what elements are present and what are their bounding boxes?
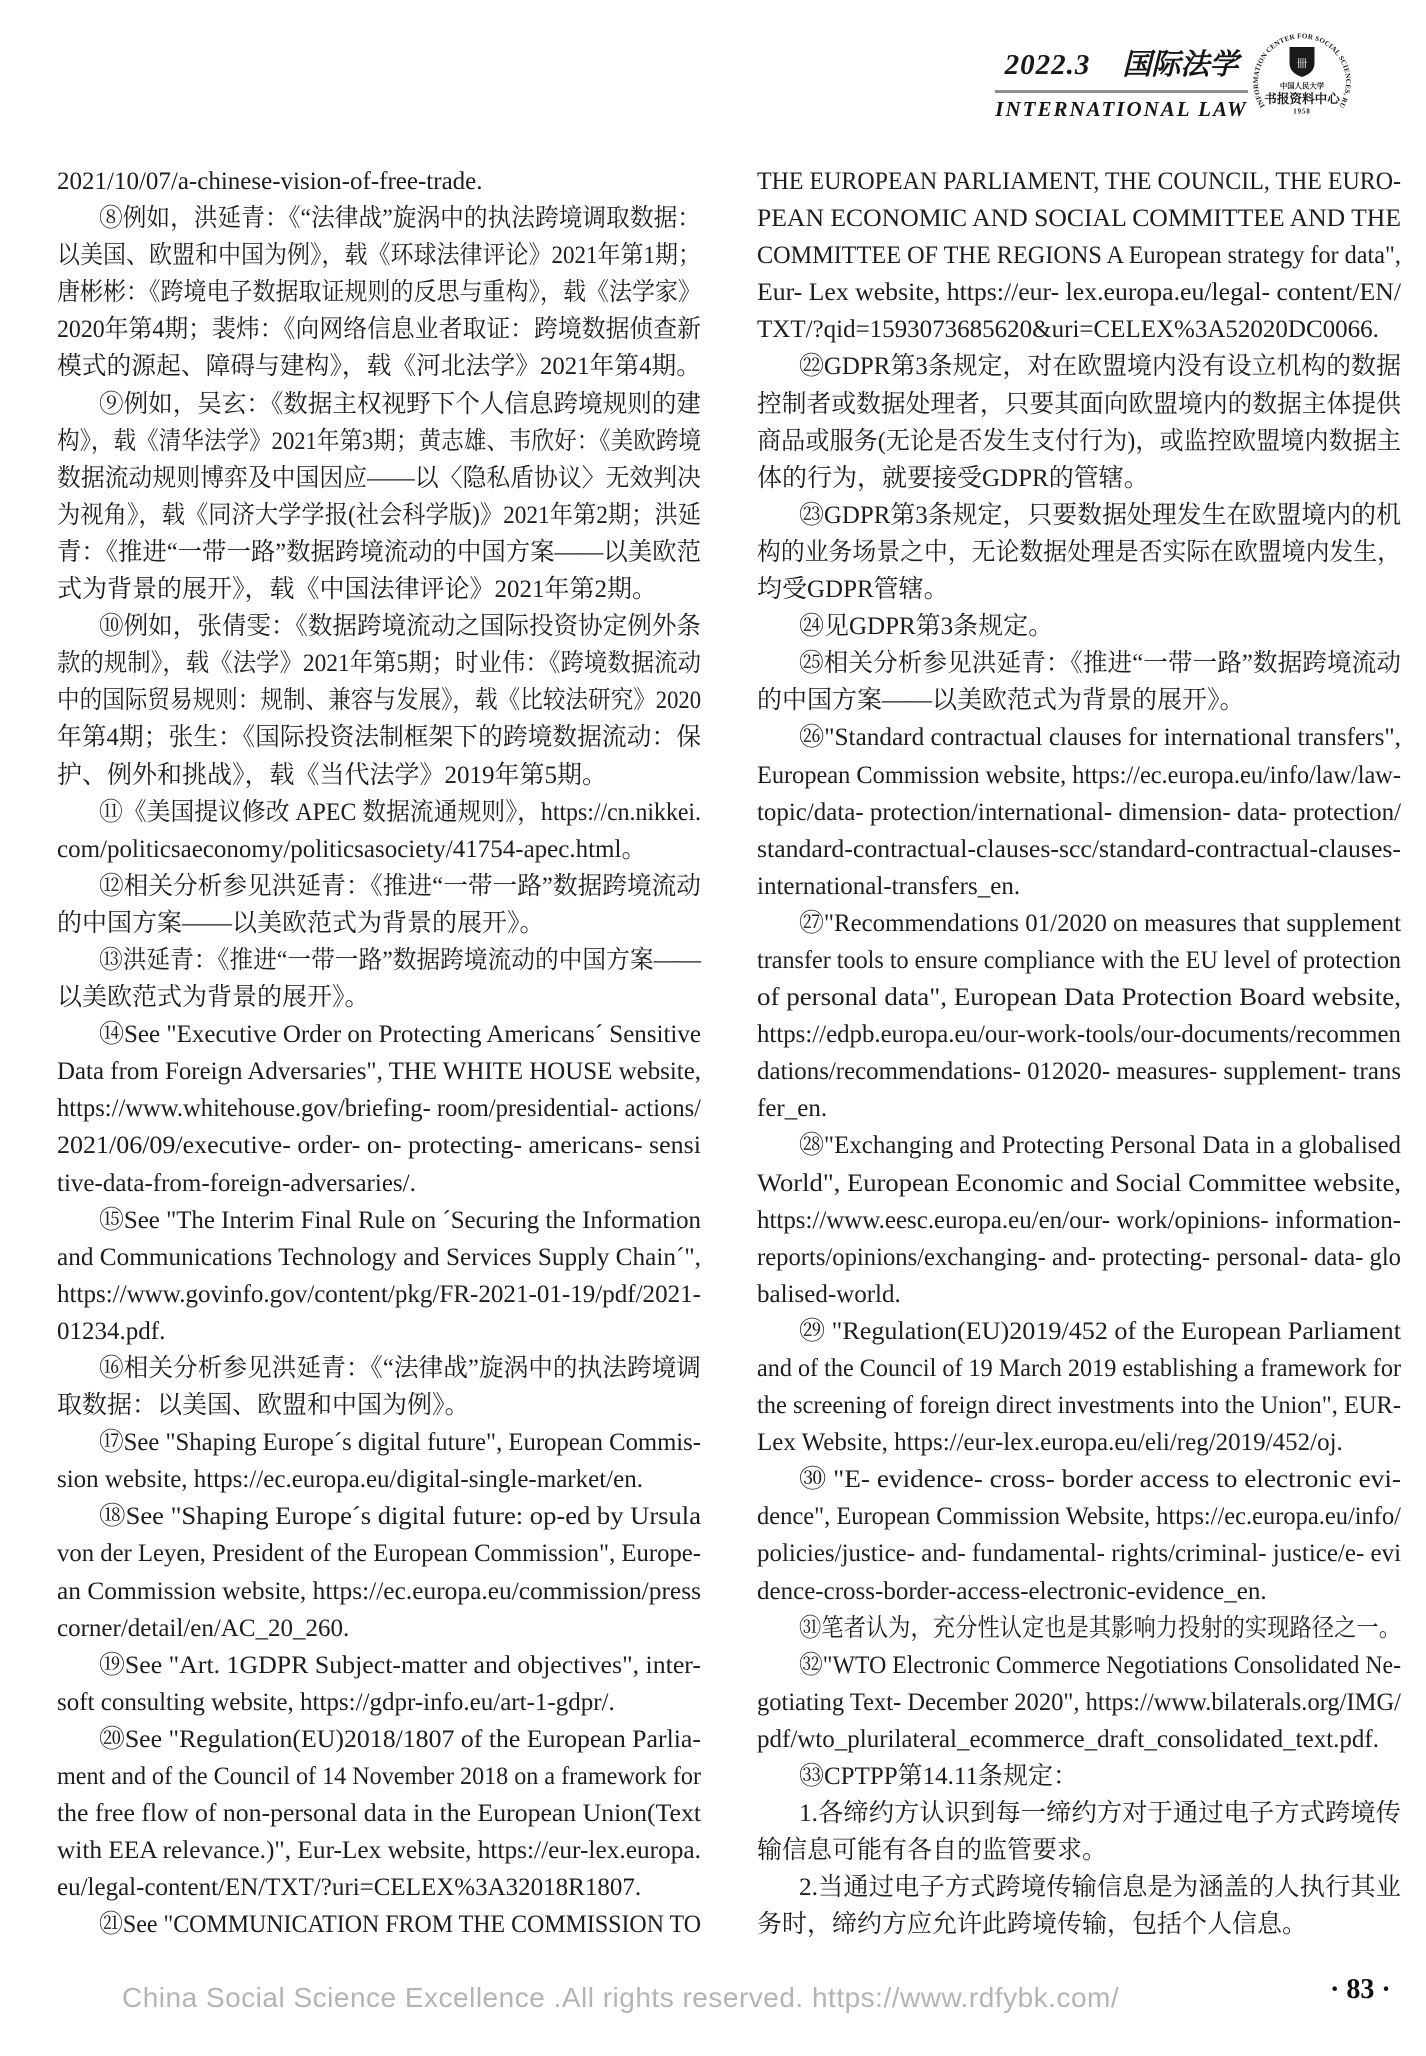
text-line: 以美国、欧盟和中国为例》，载《环球法律评论》2021年第1期； bbox=[57, 237, 701, 274]
text-line: 青：《推进“一带一路”数据跨境流动的中国方案——以美欧范 bbox=[57, 534, 701, 571]
seal-center-name: 书报资料中心 bbox=[1264, 91, 1340, 106]
text-line: https://www.govinfo.gov/content/pkg/FR-2… bbox=[57, 1276, 701, 1313]
text-line: Data from Foreign Adversaries", THE WHIT… bbox=[57, 1053, 701, 1090]
text-line: ⑳See "Regulation(EU)2018/1807 of the Eur… bbox=[57, 1721, 701, 1758]
text-line: ⑪《美国提议修改 APEC 数据流通规则》，https://cn.nikkei. bbox=[57, 794, 701, 831]
text-line: Eur- Lex website, https://eur- lex.europ… bbox=[757, 274, 1401, 311]
text-line: fer_en. bbox=[757, 1090, 1401, 1127]
journal-seal-icon: INFORMATION CENTER FOR SOCIAL SCIENCES, … bbox=[1252, 24, 1352, 128]
text-line: ㉛笔者认为，充分性认定也是其影响力投射的实现路径之一。 bbox=[757, 1610, 1401, 1647]
text-line: topic/data- protection/international- di… bbox=[757, 794, 1401, 831]
text-line: 输信息可能有各自的监管要求。 bbox=[757, 1832, 1401, 1869]
text-line: ㉑See "COMMUNICATION FROM THE COMMISSION … bbox=[57, 1906, 701, 1943]
text-line: 1.各缔约方认识到每一缔约方对于通过电子方式跨境传 bbox=[757, 1795, 1401, 1832]
text-line: 数据流动规则博弈及中国因应——以〈隐私盾协议〉无效判决 bbox=[57, 460, 701, 497]
text-line: 控制者或数据处理者，只要其面向欧盟境内的数据主体提供 bbox=[757, 386, 1401, 423]
text-line: ⑱See "Shaping Europe´s digital future: o… bbox=[57, 1498, 701, 1535]
text-line: ⑩例如，张倩雯：《数据跨境流动之国际投资协定例外条 bbox=[57, 608, 701, 645]
text-line: COMMITTEE OF THE REGIONS A European stra… bbox=[757, 237, 1401, 274]
text-line: von der Leyen, President of the European… bbox=[57, 1535, 701, 1572]
text-line: ⑬洪延青：《推进“一带一路”数据跨境流动的中国方案—— bbox=[57, 942, 701, 979]
text-line: ㉗"Recommendations 01/2020 on measures th… bbox=[757, 905, 1401, 942]
header-title-row: 2022.3国际法学 bbox=[995, 42, 1248, 83]
column-right: THE EUROPEAN PARLIAMENT, THE COUNCIL, TH… bbox=[757, 163, 1401, 1944]
text-line: and of the Council of 19 March 2019 esta… bbox=[757, 1350, 1401, 1387]
text-line: https://www.whitehouse.gov/briefing- roo… bbox=[57, 1090, 701, 1127]
text-line: ment and of the Council of 14 November 2… bbox=[57, 1758, 701, 1795]
text-line: of personal data", European Data Protect… bbox=[757, 979, 1401, 1016]
journal-logo: INFORMATION CENTER FOR SOCIAL SCIENCES, … bbox=[1252, 24, 1352, 128]
text-line: balised-world. bbox=[757, 1276, 1401, 1313]
page-number: · 83 · bbox=[1330, 1974, 1391, 2006]
text-line: ⑫相关分析参见洪延青：《推进“一带一路”数据跨境流动 bbox=[57, 868, 701, 905]
text-line: 2.当通过电子方式跨境传输信息是为涵盖的人执行其业 bbox=[757, 1869, 1401, 1906]
text-line: 2021/06/09/executive- order- on- protect… bbox=[57, 1127, 701, 1164]
text-line: 构》，载《清华法学》2021年第3期；黄志雄、韦欣好：《美欧跨境 bbox=[57, 423, 701, 460]
text-line: 商品或服务(无论是否发生支付行为)，或监控欧盟境内数据主 bbox=[757, 423, 1401, 460]
text-line: 的中国方案——以美欧范式为背景的展开》。 bbox=[57, 905, 701, 942]
text-line: ㉚ "E- evidence- cross- border access to … bbox=[757, 1461, 1401, 1498]
text-line: an Commission website, https://ec.europa… bbox=[57, 1573, 701, 1610]
text-line: dence-cross-border-access-electronic-evi… bbox=[757, 1573, 1401, 1610]
text-line: 为视角》，载《同济大学学报(社会科学版)》2021年第2期；洪延 bbox=[57, 497, 701, 534]
page-header: 2022.3国际法学 INTERNATIONAL LAW bbox=[995, 42, 1248, 122]
seal-emblem-glyph: 卌 bbox=[1297, 57, 1308, 70]
text-line: 模式的源起、障碍与建构》，载《河北法学》2021年第4期。 bbox=[57, 348, 701, 385]
text-line: PEAN ECONOMIC AND SOCIAL COMMITTEE AND T… bbox=[757, 200, 1401, 237]
text-line: dence", European Commission Website, htt… bbox=[757, 1498, 1401, 1535]
text-line: 年第4期；张生：《国际投资法制框架下的跨境数据流动：保 bbox=[57, 719, 701, 756]
text-line: 务时，缔约方应允许此跨境传输，包括个人信息。 bbox=[757, 1906, 1401, 1943]
column-left: 2021/10/07/a-chinese-vision-of-free-trad… bbox=[57, 163, 701, 1944]
text-line: com/politicsaeconomy/politicsasociety/41… bbox=[57, 831, 701, 868]
issue-number: 2022.3 bbox=[1005, 49, 1091, 81]
text-line: ⑲See "Art. 1GDPR Subject-matter and obje… bbox=[57, 1647, 701, 1684]
text-line: ㉔见GDPR第3条规定。 bbox=[757, 608, 1401, 645]
text-line: 式为背景的展开》，载《中国法律评论》2021年第2期。 bbox=[57, 571, 701, 608]
text-line: 01234.pdf. bbox=[57, 1313, 701, 1350]
text-line: https://edpb.europa.eu/our-work-tools/ou… bbox=[757, 1016, 1401, 1053]
text-line: Lex Website, https://eur-lex.europa.eu/e… bbox=[757, 1424, 1401, 1461]
text-line: 唐彬彬：《跨境电子数据取证规则的反思与重构》，载《法学家》 bbox=[57, 274, 701, 311]
text-line: ㉒GDPR第3条规定，对在欧盟境内没有设立机构的数据 bbox=[757, 348, 1401, 385]
text-line: ⑭See "Executive Order on Protecting Amer… bbox=[57, 1016, 701, 1053]
text-line: the free flow of non-personal data in th… bbox=[57, 1795, 701, 1832]
text-line: 构的业务场景之中，无论数据处理是否实际在欧盟境内发生， bbox=[757, 534, 1401, 571]
text-line: and Communications Technology and Servic… bbox=[57, 1239, 701, 1276]
text-line: European Commission website, https://ec.… bbox=[757, 757, 1401, 794]
journal-page: 2022.3国际法学 INTERNATIONAL LAW INFORMATION… bbox=[0, 0, 1426, 2056]
text-line: pdf/wto_plurilateral_ecommerce_draft_con… bbox=[757, 1721, 1401, 1758]
text-line: international-transfers_en. bbox=[757, 868, 1401, 905]
text-line: 均受GDPR管辖。 bbox=[757, 571, 1401, 608]
seal-university-name: 中国人民大学 bbox=[1280, 82, 1325, 91]
text-line: standard-contractual-clauses-scc/standar… bbox=[757, 831, 1401, 868]
text-line: THE EUROPEAN PARLIAMENT, THE COUNCIL, TH… bbox=[757, 163, 1401, 200]
text-line: ㉕相关分析参见洪延青：《推进“一带一路”数据跨境流动 bbox=[757, 645, 1401, 682]
text-line: ㉘"Exchanging and Protecting Personal Dat… bbox=[757, 1127, 1401, 1164]
text-line: gotiating Text- December 2020", https://… bbox=[757, 1684, 1401, 1721]
header-divider bbox=[995, 90, 1248, 93]
text-line: reports/opinions/exchanging- and- protec… bbox=[757, 1239, 1401, 1276]
text-line: ⑯相关分析参见洪延青：《“法律战”旋涡中的执法跨境调 bbox=[57, 1350, 701, 1387]
text-line: 中的国际贸易规则：规制、兼容与发展》，载《比较法研究》2020 bbox=[57, 682, 701, 719]
text-line: 护、例外和挑战》，载《当代法学》2019年第5期。 bbox=[57, 757, 701, 794]
text-line: with EEA relevance.)", Eur-Lex website, … bbox=[57, 1832, 701, 1869]
section-title-en: INTERNATIONAL LAW bbox=[995, 97, 1248, 122]
text-line: 2021/10/07/a-chinese-vision-of-free-trad… bbox=[57, 163, 701, 200]
text-line: dations/recommendations- 012020- measure… bbox=[757, 1053, 1401, 1090]
text-line: 取数据：以美国、欧盟和中国为例》。 bbox=[57, 1387, 701, 1424]
text-line: the screening of foreign direct investme… bbox=[757, 1387, 1401, 1424]
text-line: ⑮See "The Interim Final Rule on ´Securin… bbox=[57, 1202, 701, 1239]
text-line: eu/legal-content/EN/TXT/?uri=CELEX%3A320… bbox=[57, 1869, 701, 1906]
text-line: World", European Economic and Social Com… bbox=[757, 1165, 1401, 1202]
text-line: 体的行为，就要接受GDPR的管辖。 bbox=[757, 460, 1401, 497]
text-line: 的中国方案——以美欧范式为背景的展开》。 bbox=[757, 682, 1401, 719]
text-line: ⑧例如，洪延青：《“法律战”旋涡中的执法跨境调取数据： bbox=[57, 200, 701, 237]
text-line: 以美欧范式为背景的展开》。 bbox=[57, 979, 701, 1016]
text-line: 2020年第4期；裴炜：《向网络信息业者取证：跨境数据侦查新 bbox=[57, 311, 701, 348]
text-line: 款的规制》，载《法学》2021年第5期；时业伟：《跨境数据流动 bbox=[57, 645, 701, 682]
text-line: ㉜"WTO Electronic Commerce Negotiations C… bbox=[757, 1647, 1401, 1684]
text-line: ㉙ "Regulation(EU)2019/452 of the Europea… bbox=[757, 1313, 1401, 1350]
text-line: sion website, https://ec.europa.eu/digit… bbox=[57, 1461, 701, 1498]
section-title-cn: 国际法学 bbox=[1122, 49, 1238, 81]
text-line: https://www.eesc.europa.eu/en/our- work/… bbox=[757, 1202, 1401, 1239]
seal-year: 1958 bbox=[1293, 109, 1311, 116]
text-line: ㉓GDPR第3条规定，只要数据处理发生在欧盟境内的机 bbox=[757, 497, 1401, 534]
text-line: ㉝CPTPP第14.11条规定： bbox=[757, 1758, 1401, 1795]
text-line: ⑰See "Shaping Europe´s digital future", … bbox=[57, 1424, 701, 1461]
text-line: TXT/?qid=1593073685620&uri=CELEX%3A52020… bbox=[757, 311, 1401, 348]
text-line: ㉖"Standard contractual clauses for inter… bbox=[757, 719, 1401, 756]
text-line: transfer tools to ensure compliance with… bbox=[757, 942, 1401, 979]
text-line: corner/detail/en/AC_20_260. bbox=[57, 1610, 701, 1647]
watermark: China Social Science Excellence .All rig… bbox=[122, 1982, 1119, 2014]
text-line: soft consulting website, https://gdpr-in… bbox=[57, 1684, 701, 1721]
text-line: policies/justice- and- fundamental- righ… bbox=[757, 1535, 1401, 1572]
text-line: tive-data-from-foreign-adversaries/. bbox=[57, 1165, 701, 1202]
text-line: ⑨例如，吴玄：《数据主权视野下个人信息跨境规则的建 bbox=[57, 386, 701, 423]
